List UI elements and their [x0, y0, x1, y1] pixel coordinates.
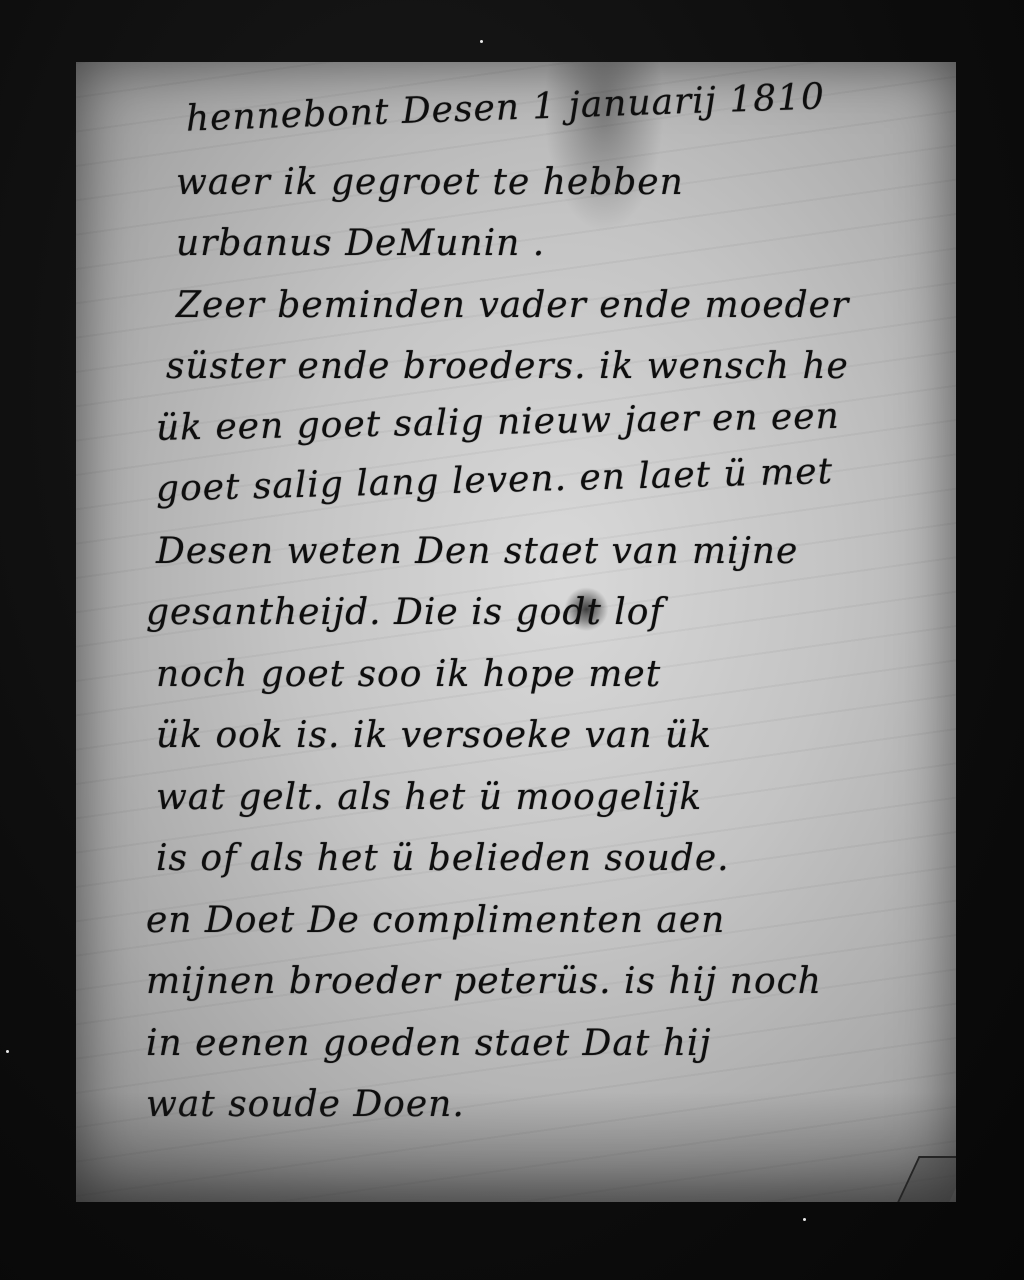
letter-signature-line: urbanus DeMunin .	[146, 213, 936, 275]
letter-line: wat gelt. als het ü moogelijk	[146, 767, 936, 829]
letter-heading-line: hennebont Desen 1 januarij 1810	[145, 62, 937, 151]
letter-line: is of als het ü belieden soude.	[146, 828, 936, 890]
letter-line: noch goet soo ik hope met	[146, 644, 936, 706]
dust-speck	[803, 1218, 806, 1221]
letter-line: mijnen broeder peterüs. is hij noch	[146, 951, 936, 1013]
letter-salutation-line: Zeer beminden vader ende moeder	[146, 275, 936, 337]
letter-line: waer ik gegroet te hebben	[146, 152, 936, 214]
letter-line: ük ook is. ik versoeke van ük	[146, 705, 936, 767]
letter-line: in eenen goeden staet Dat hij	[146, 1013, 936, 1075]
letter-text: hennebont Desen 1 januarij 1810 waer ik …	[146, 90, 936, 1136]
letter-line: Desen weten Den staet van mijne	[146, 521, 936, 583]
dust-speck	[480, 40, 483, 43]
dust-speck	[6, 1050, 9, 1053]
letter-line: en Doet De complimenten aen	[146, 890, 936, 952]
scanned-document: hennebont Desen 1 januarij 1810 waer ik …	[0, 0, 1024, 1280]
letter-closing-line: wat soude Doen.	[146, 1074, 936, 1136]
torn-corner	[897, 1156, 956, 1202]
letter-line: gesantheijd. Die is godt lof	[146, 582, 936, 644]
letter-page: hennebont Desen 1 januarij 1810 waer ik …	[76, 62, 956, 1202]
